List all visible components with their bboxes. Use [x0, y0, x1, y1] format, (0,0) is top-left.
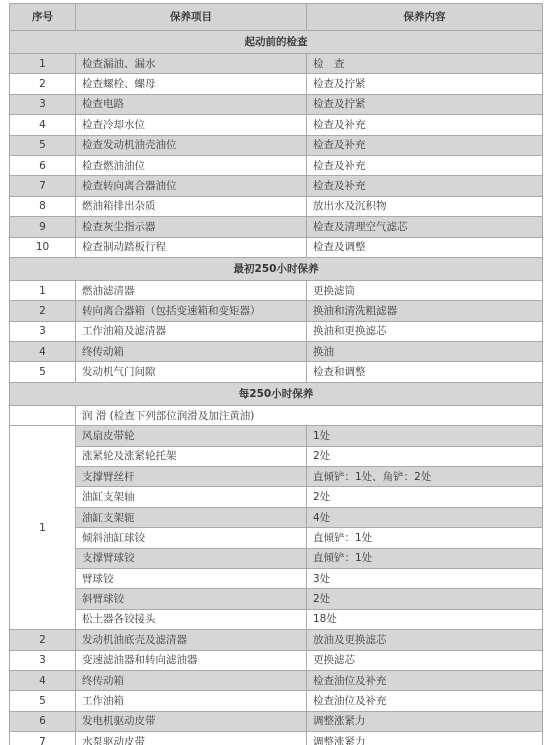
row-item: 检查制动踏板行程	[76, 237, 307, 257]
row-no: 5	[10, 135, 76, 155]
row-item: 检查灰尘指示器	[76, 217, 307, 237]
lubrication-title-row: 润 滑 (检查下列部位润滑及加注黄油)	[10, 405, 543, 425]
row-item: 油缸支架轭	[76, 507, 307, 527]
row-item: 发电机驱动皮带	[76, 711, 307, 731]
row-content: 检查及补充	[307, 155, 543, 175]
row-content: 2处	[307, 589, 543, 609]
row-item: 检查转向离合器油位	[76, 176, 307, 196]
row-item: 松土器各铰接头	[76, 609, 307, 629]
row-content: 检查及补充	[307, 135, 543, 155]
row-item: 涨紧轮及涨紧轮托架	[76, 446, 307, 466]
table-row: 6检查燃油油位检查及补充	[10, 155, 543, 175]
row-no: 9	[10, 217, 76, 237]
table-header: 序号 保养项目 保养内容	[10, 4, 543, 31]
table-row: 3变速滤油器和转向滤油器更换滤芯	[10, 650, 543, 670]
row-content: 换油和更换滤芯	[307, 321, 543, 341]
row-content: 检查油位及补充	[307, 670, 543, 690]
row-no: 7	[10, 176, 76, 196]
row-content: 检查及清理空气滤芯	[307, 217, 543, 237]
table-row: 3工作油箱及滤清器换油和更换滤芯	[10, 321, 543, 341]
table-row: 8燃油箱排出杂质放出水及沉积物	[10, 196, 543, 216]
row-content: 换油和清洗粗滤器	[307, 301, 543, 321]
row-item: 检查燃油油位	[76, 155, 307, 175]
table-row: 5检查发动机油壳油位检查及补充	[10, 135, 543, 155]
section-title-row: 最初250小时保养	[10, 257, 543, 280]
table-row: 4终传动箱换油	[10, 342, 543, 362]
row-no: 10	[10, 237, 76, 257]
row-item: 支撑臂球铰	[76, 548, 307, 568]
row-no: 3	[10, 650, 76, 670]
row-content: 18处	[307, 609, 543, 629]
row-item: 支撑臂丝杆	[76, 467, 307, 487]
row-content: 检查油位及补充	[307, 691, 543, 711]
row-no: 6	[10, 711, 76, 731]
section-title-row: 起动前的检查	[10, 31, 543, 54]
row-item: 变速滤油器和转向滤油器	[76, 650, 307, 670]
maintenance-table: 序号 保养项目 保养内容 起动前的检查1检查漏油、漏水检 查2检查螺栓、螺母检查…	[9, 3, 543, 745]
table-row: 2转向离合器箱（包括变速箱和变矩器）换油和清洗粗滤器	[10, 301, 543, 321]
row-content: 检查和调整	[307, 362, 543, 382]
lubrication-row: 斜臂球铰2处	[10, 589, 543, 609]
header-no: 序号	[10, 4, 76, 31]
header-item: 保养项目	[76, 4, 307, 31]
row-no: 2	[10, 630, 76, 650]
row-no-empty	[10, 405, 76, 425]
row-item: 水泵驱动皮带	[76, 732, 307, 745]
row-content: 1处	[307, 426, 543, 446]
table-row: 9检查灰尘指示器检查及清理空气滤芯	[10, 217, 543, 237]
table-row: 5发动机气门间隙检查和调整	[10, 362, 543, 382]
row-no: 5	[10, 691, 76, 711]
row-content: 检查及补充	[307, 115, 543, 135]
row-no: 3	[10, 94, 76, 114]
row-item: 工作油箱	[76, 691, 307, 711]
row-no: 4	[10, 115, 76, 135]
row-item: 油缸支架轴	[76, 487, 307, 507]
row-item: 工作油箱及滤清器	[76, 321, 307, 341]
lubrication-row: 松土器各铰接头18处	[10, 609, 543, 629]
section-title: 起动前的检查	[10, 31, 543, 54]
row-content: 2处	[307, 446, 543, 466]
row-item: 检查冷却水位	[76, 115, 307, 135]
row-item: 发动机气门间隙	[76, 362, 307, 382]
row-content: 直倾铲：1处	[307, 548, 543, 568]
row-item: 臂球铰	[76, 568, 307, 588]
row-content: 检查及补充	[307, 176, 543, 196]
row-content: 3处	[307, 568, 543, 588]
row-no: 3	[10, 321, 76, 341]
row-no: 5	[10, 362, 76, 382]
row-content: 换油	[307, 342, 543, 362]
row-item: 燃油滤清器	[76, 280, 307, 300]
row-content: 4处	[307, 507, 543, 527]
table-row: 5工作油箱检查油位及补充	[10, 691, 543, 711]
section-title-row: 每250小时保养	[10, 382, 543, 405]
row-content: 调整涨紧力	[307, 732, 543, 745]
table-row: 7检查转向离合器油位检查及补充	[10, 176, 543, 196]
row-content: 检查及拧紧	[307, 94, 543, 114]
row-item: 燃油箱排出杂质	[76, 196, 307, 216]
row-item: 终传动箱	[76, 342, 307, 362]
table-row: 1检查漏油、漏水检 查	[10, 54, 543, 74]
table-row: 4终传动箱检查油位及补充	[10, 670, 543, 690]
row-item: 风扇皮带轮	[76, 426, 307, 446]
row-content: 更换滤芯	[307, 650, 543, 670]
row-item: 检查发动机油壳油位	[76, 135, 307, 155]
row-item: 倾斜油缸球铰	[76, 528, 307, 548]
row-content: 更换滤筒	[307, 280, 543, 300]
lubrication-row: 倾斜油缸球铰直倾铲：1处	[10, 528, 543, 548]
lubrication-row: 1风扇皮带轮1处	[10, 426, 543, 446]
lubrication-row: 油缸支架轴2处	[10, 487, 543, 507]
lubrication-no: 1	[10, 426, 76, 630]
row-item: 检查电路	[76, 94, 307, 114]
table-row: 2检查螺栓、螺母检查及拧紧	[10, 74, 543, 94]
row-no: 4	[10, 670, 76, 690]
row-content: 放油及更换滤芯	[307, 630, 543, 650]
section-title: 每250小时保养	[10, 382, 543, 405]
lubrication-row: 油缸支架轭4处	[10, 507, 543, 527]
section-title: 最初250小时保养	[10, 257, 543, 280]
row-content: 放出水及沉积物	[307, 196, 543, 216]
lubrication-row: 支撑臂球铰直倾铲：1处	[10, 548, 543, 568]
row-no: 7	[10, 732, 76, 745]
lubrication-row: 涨紧轮及涨紧轮托架2处	[10, 446, 543, 466]
lubrication-row: 支撑臂丝杆直倾铲：1处、角铲：2处	[10, 467, 543, 487]
table-row: 7水泵驱动皮带调整涨紧力	[10, 732, 543, 745]
row-item: 检查螺栓、螺母	[76, 74, 307, 94]
row-content: 直倾铲：1处	[307, 528, 543, 548]
row-no: 2	[10, 301, 76, 321]
row-content: 检 查	[307, 54, 543, 74]
table-row: 10检查制动踏板行程检查及调整	[10, 237, 543, 257]
header-content: 保养内容	[307, 4, 543, 31]
row-content: 调整涨紧力	[307, 711, 543, 731]
row-no: 4	[10, 342, 76, 362]
lubrication-row: 臂球铰3处	[10, 568, 543, 588]
table-row: 3检查电路检查及拧紧	[10, 94, 543, 114]
row-no: 1	[10, 280, 76, 300]
table-row: 6发电机驱动皮带调整涨紧力	[10, 711, 543, 731]
row-item: 发动机油底壳及滤清器	[76, 630, 307, 650]
table-row: 2发动机油底壳及滤清器放油及更换滤芯	[10, 630, 543, 650]
row-item: 转向离合器箱（包括变速箱和变矩器）	[76, 301, 307, 321]
row-item: 斜臂球铰	[76, 589, 307, 609]
row-content: 2处	[307, 487, 543, 507]
row-content: 检查及调整	[307, 237, 543, 257]
row-item: 检查漏油、漏水	[76, 54, 307, 74]
row-content: 检查及拧紧	[307, 74, 543, 94]
table-row: 1燃油滤清器更换滤筒	[10, 280, 543, 300]
row-item: 终传动箱	[76, 670, 307, 690]
lubrication-title: 润 滑 (检查下列部位润滑及加注黄油)	[76, 405, 543, 425]
row-content: 直倾铲：1处、角铲：2处	[307, 467, 543, 487]
table-row: 4检查冷却水位检查及补充	[10, 115, 543, 135]
row-no: 2	[10, 74, 76, 94]
row-no: 8	[10, 196, 76, 216]
row-no: 1	[10, 54, 76, 74]
row-no: 6	[10, 155, 76, 175]
